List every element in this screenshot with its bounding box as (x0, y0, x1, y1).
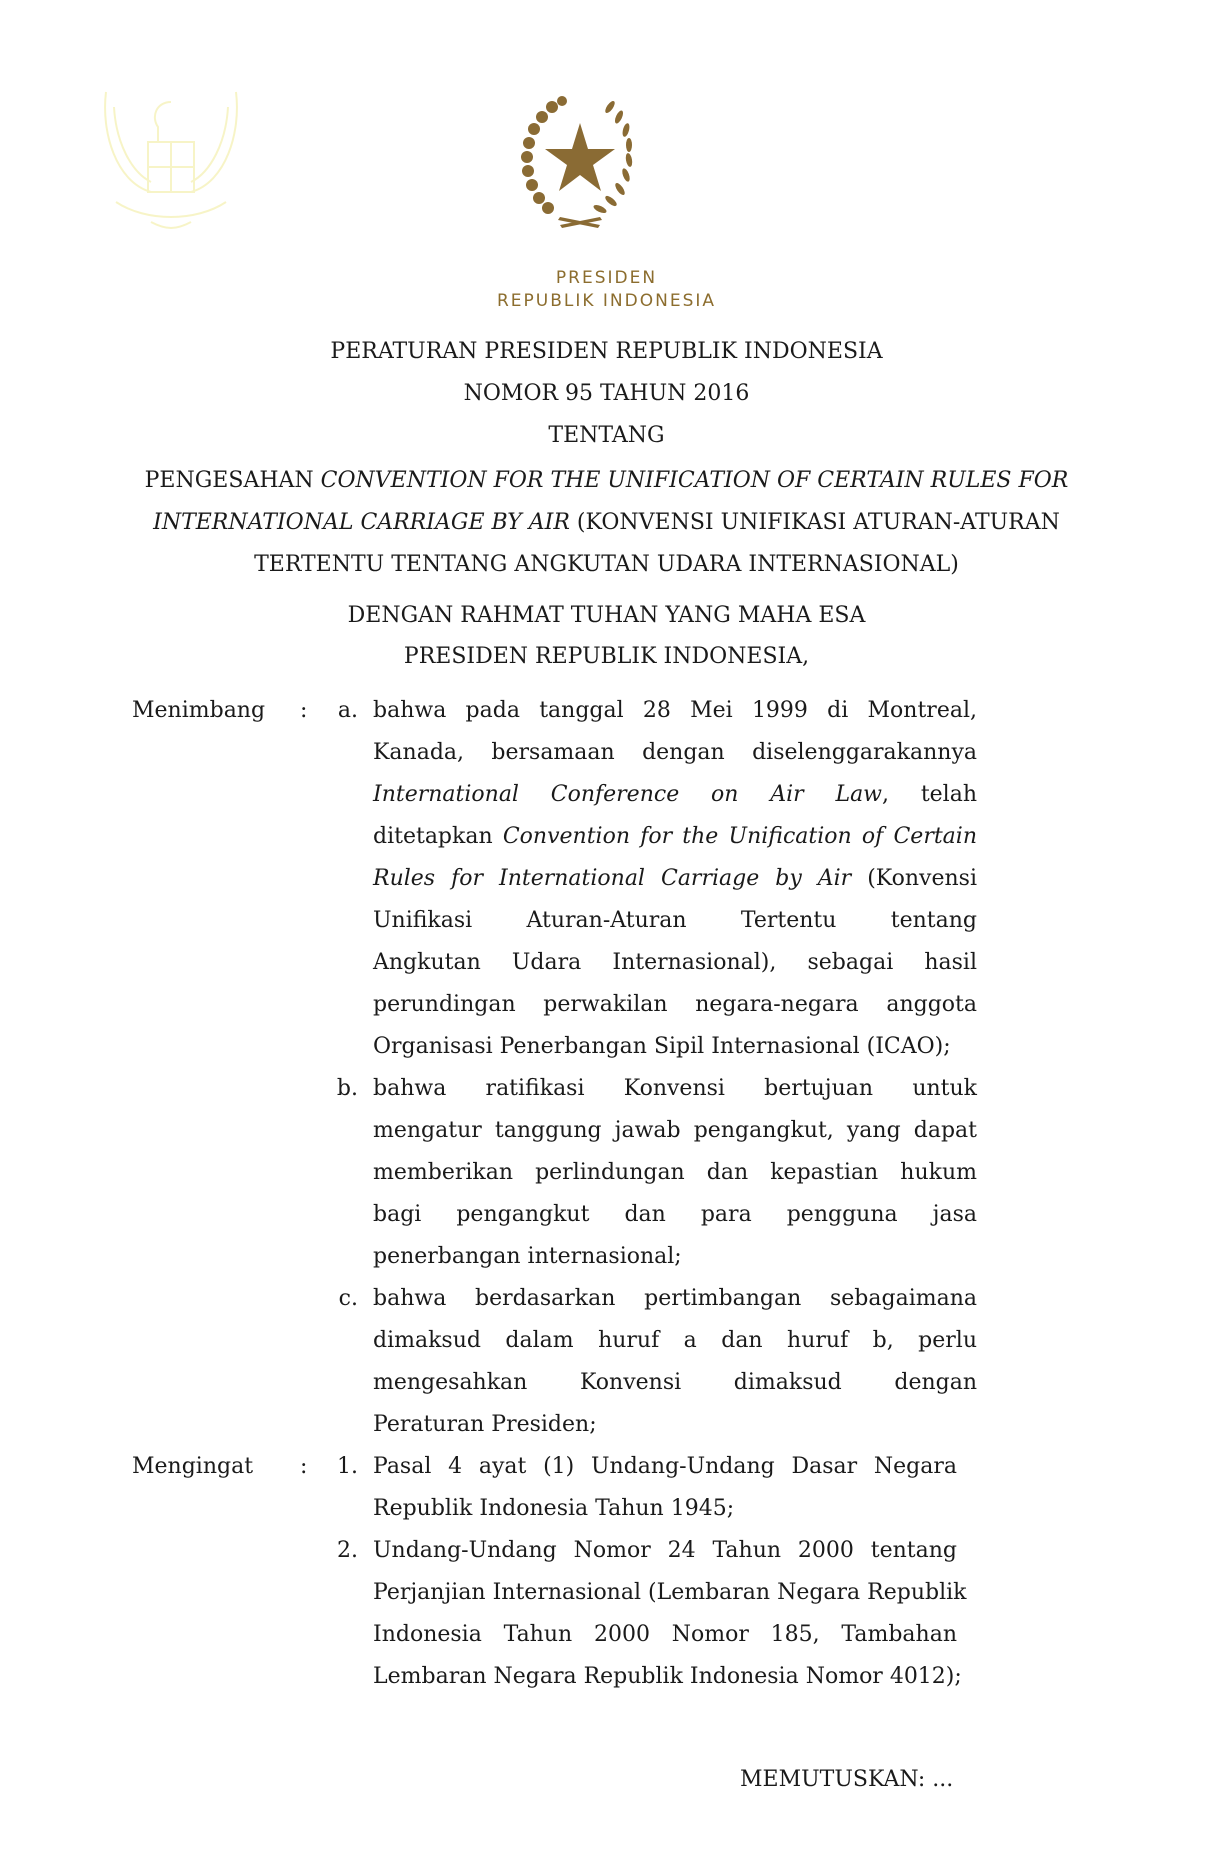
invocation: DENGAN RAHMAT TUHAN YANG MAHA ESA (0, 602, 1213, 630)
menimbang-label: Menimbang (132, 697, 265, 725)
subject-line-1: PENGESAHAN CONVENTION FOR THE UNIFICATIO… (0, 467, 1213, 495)
document-about: TENTANG (0, 422, 1213, 450)
menimbang-a-line: perundingan perwakilan negara-negara ang… (373, 991, 977, 1019)
issuer: PRESIDEN REPUBLIK INDONESIA, (0, 643, 1213, 671)
menimbang-b-line: bahwa ratifikasi Konvensi bertujuan untu… (373, 1075, 977, 1103)
presidential-emblem-icon (520, 95, 634, 240)
document-number: NOMOR 95 TAHUN 2016 (0, 380, 1213, 408)
menimbang-a-line: Angkutan Udara Internasional), sebagai h… (373, 949, 977, 977)
mengingat-2-line: Lembaran Negara Republik Indonesia Nomor… (373, 1663, 957, 1691)
subject-convention-title-cont: INTERNATIONAL CARRIAGE BY AIR (153, 510, 570, 535)
mengingat-marker-2: 2. (332, 1537, 358, 1565)
convention-name-cont: Rules for International Carriage by Air (373, 866, 851, 891)
continuation-marker: MEMUTUSKAN: ... (740, 1766, 953, 1794)
text-fragment: (Konvensi (851, 866, 977, 891)
subject-convention-title: CONVENTION FOR THE UNIFICATION OF CERTAI… (321, 468, 1069, 493)
letterhead-presiden: PRESIDEN (0, 268, 1213, 288)
mengingat-colon: : (300, 1453, 307, 1481)
subject-translation: (KONVENSI UNIFIKASI ATURAN-ATURAN (570, 510, 1060, 535)
menimbang-c-line: bahwa berdasarkan pertimbangan sebagaima… (373, 1285, 977, 1313)
mengingat-2-line: Indonesia Tahun 2000 Nomor 185, Tambahan (373, 1621, 957, 1649)
menimbang-a-line: Organisasi Penerbangan Sipil Internasion… (373, 1033, 977, 1061)
menimbang-a-line: ditetapkan Convention for the Unificatio… (373, 823, 977, 851)
menimbang-colon: : (300, 697, 307, 725)
menimbang-marker-c: c. (332, 1285, 358, 1313)
text-fragment: , telah (882, 782, 977, 807)
menimbang-a-line: bahwa pada tanggal 28 Mei 1999 di Montre… (373, 697, 977, 725)
subject-line-2: INTERNATIONAL CARRIAGE BY AIR (KONVENSI … (0, 509, 1213, 537)
mengingat-2-line: Undang-Undang Nomor 24 Tahun 2000 tentan… (373, 1537, 957, 1565)
menimbang-b-line: bagi pengangkut dan para pengguna jasa (373, 1201, 977, 1229)
menimbang-a-line: International Conference on Air Law, tel… (373, 781, 977, 809)
mengingat-2-line: Perjanjian Internasional (Lembaran Negar… (373, 1579, 957, 1607)
letterhead-republik-indonesia: REPUBLIK INDONESIA (0, 291, 1213, 311)
menimbang-c-line: mengesahkan Konvensi dimaksud dengan (373, 1369, 977, 1397)
menimbang-marker-a: a. (332, 697, 358, 725)
mengingat-1-line: Pasal 4 ayat (1) Undang-Undang Dasar Neg… (373, 1453, 957, 1481)
menimbang-c-line: Peraturan Presiden; (373, 1411, 977, 1439)
subject-prefix: PENGESAHAN (145, 468, 321, 493)
menimbang-a-line: Rules for International Carriage by Air … (373, 865, 977, 893)
text-fragment: ditetapkan (373, 824, 503, 849)
menimbang-b-line: penerbangan internasional; (373, 1243, 977, 1271)
menimbang-a-line: Kanada, bersamaan dengan diselenggarakan… (373, 739, 977, 767)
menimbang-a-line: Unifikasi Aturan-Aturan Tertentu tentang (373, 907, 977, 935)
mengingat-1-line: Republik Indonesia Tahun 1945; (373, 1495, 957, 1523)
menimbang-c-line: dimaksud dalam huruf a dan huruf b, perl… (373, 1327, 977, 1355)
document-title: PERATURAN PRESIDEN REPUBLIK INDONESIA (0, 338, 1213, 366)
menimbang-b-line: mengatur tanggung jawab pengangkut, yang… (373, 1117, 977, 1145)
convention-name: Convention for the Unification of Certai… (503, 824, 977, 849)
mengingat-label: Mengingat (132, 1453, 253, 1481)
subject-line-3: TERTENTU TENTANG ANGKUTAN UDARA INTERNAS… (0, 551, 1213, 579)
mengingat-marker-1: 1. (332, 1453, 358, 1481)
menimbang-b-line: memberikan perlindungan dan kepastian hu… (373, 1159, 977, 1187)
menimbang-marker-b: b. (332, 1075, 358, 1103)
garuda-watermark-icon (96, 72, 246, 242)
conference-name: International Conference on Air Law (373, 782, 882, 807)
